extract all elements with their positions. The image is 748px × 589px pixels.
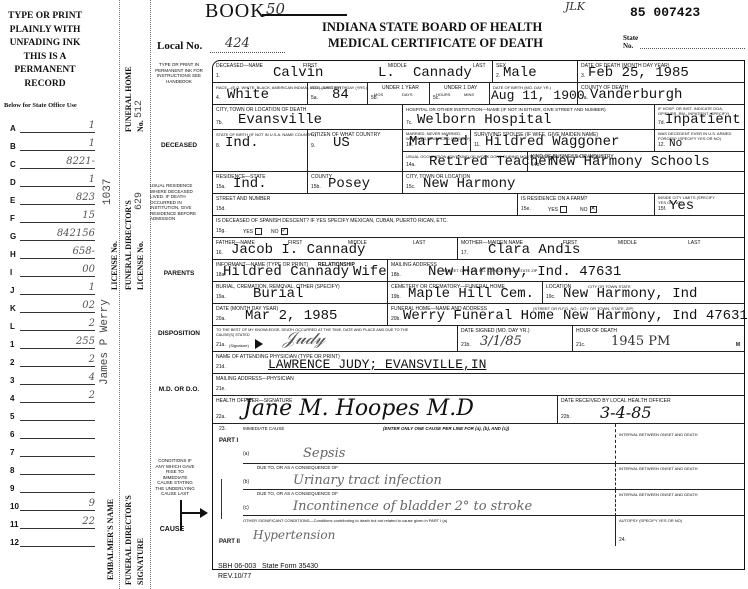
- burial-location-field[interactable]: LOCATION CITY OR TOWN STATE 19c. New Har…: [543, 282, 744, 304]
- state-row-field[interactable]: [20, 510, 95, 511]
- state-row-field[interactable]: [20, 294, 95, 295]
- md-do-label: M.D. OR D.O.: [150, 385, 208, 395]
- state-office-use-label: Below for State Office Use: [4, 102, 77, 109]
- state-row-value: 15: [20, 210, 95, 221]
- state-row-value: 02: [20, 300, 95, 311]
- license-no-value: 1037: [102, 179, 114, 205]
- cemetery-field[interactable]: CEMETERY OR CREMATORY—FUNERAL HOME 19b. …: [388, 282, 543, 304]
- state-row-label: 12: [10, 538, 19, 547]
- state-row-label: G: [10, 232, 16, 241]
- race-field[interactable]: RACE—(e.g. White, Black, American Indian…: [213, 83, 308, 105]
- certifier-signature-field[interactable]: To the best of my knowledge, death occur…: [213, 326, 458, 352]
- mother-name-field[interactable]: MOTHER—MAIDEN NAME FIRST MIDDLE LAST 17.…: [458, 238, 744, 260]
- state-row-label: 9: [10, 484, 14, 493]
- state-row-label: C: [10, 160, 16, 169]
- hour-of-death-field[interactable]: HOUR OF DEATH 21c. 1945 PM M: [573, 326, 744, 352]
- street-field[interactable]: STREET AND NUMBER 15d.: [213, 194, 518, 216]
- state-row-value: 1: [20, 282, 95, 293]
- arrow-stem: [180, 500, 182, 530]
- notice-line: TYPE OR PRINT: [0, 10, 90, 24]
- residence-state-field[interactable]: RESIDENCE—STATE 15a. Ind.: [213, 172, 308, 194]
- state-row-value: 842156: [20, 228, 95, 239]
- embalmer-name-value: James P Werry: [99, 299, 111, 385]
- state-row-label: I: [10, 268, 12, 277]
- state-row-field[interactable]: [20, 546, 95, 547]
- city-limits-field[interactable]: INSIDE CITY LIMITS (Specify Yes or No) 1…: [655, 194, 744, 216]
- age-field[interactable]: AGE—Last Birthday (Yrs.) 5a. 84: [308, 83, 368, 105]
- date-signed-field[interactable]: DATE SIGNED (Mo. Day Yr.) 21b. 3/1/85: [458, 326, 573, 352]
- checkbox-icon: [560, 206, 567, 213]
- state-row-label: F: [10, 214, 15, 223]
- physician-address-field[interactable]: MAILING ADDRESS—PHYSICIAN 21e.: [213, 374, 744, 396]
- date-received-field[interactable]: DATE RECEIVED BY LOCAL HEALTH OFFICER 22…: [558, 396, 744, 424]
- divider: [150, 0, 151, 589]
- hospital-field[interactable]: HOSPITAL OR OTHER INSTITUTION—Name (if n…: [403, 105, 655, 130]
- state-of-birth-field[interactable]: STATE OF BIRTH (If not in U.S.A. name co…: [213, 130, 308, 172]
- state-row-field[interactable]: [20, 456, 95, 457]
- state-row-field[interactable]: [20, 438, 95, 439]
- local-no-label: Local No.: [157, 40, 202, 52]
- cause-section-label: CAUSE: [147, 526, 197, 533]
- state-row-label: E: [10, 196, 15, 205]
- disposition-section-label: DISPOSITION: [150, 330, 208, 337]
- form-id: SBH 06-003: [218, 563, 256, 570]
- sign-here-arrow-icon: [255, 339, 263, 349]
- date-of-birth-field[interactable]: DATE OF BIRTH (Mo. Day Yr.) Aug 11, 1900: [490, 83, 578, 105]
- cause-line-a[interactable]: (a) Sepsis: [243, 424, 616, 464]
- state-row-field[interactable]: [20, 222, 95, 223]
- funeral-home-value: 512: [134, 100, 145, 118]
- state-row-field[interactable]: [20, 348, 95, 349]
- part1-bracket: [221, 479, 222, 519]
- notice-line: PLAINLY WITH: [0, 24, 90, 38]
- state-row-field[interactable]: [20, 204, 95, 205]
- disposition-method-field[interactable]: BURIAL, CREMATION, REMOVAL, OTHER (Speci…: [213, 282, 388, 304]
- state-row-field[interactable]: [20, 474, 95, 475]
- state-row-field[interactable]: [20, 402, 95, 403]
- state-row-label: K: [10, 304, 16, 313]
- state-row-label: 3: [10, 376, 14, 385]
- sex-field[interactable]: SEX 2. Male: [493, 61, 578, 83]
- state-form-number: State Form 35430: [262, 563, 318, 570]
- date-of-death-field[interactable]: DATE OF DEATH (MONTH DAY YEAR) 3. Feb 25…: [578, 61, 744, 83]
- state-row-label: 4: [10, 394, 14, 403]
- father-name-field[interactable]: FATHER—NAME FIRST MIDDLE LAST 16. Jacob …: [213, 238, 458, 260]
- funeral-home-label: FUNERAL HOME: [124, 66, 133, 132]
- last-name-value: Cannady: [413, 65, 472, 81]
- funeral-home-no-label: No.: [136, 120, 145, 132]
- farm-yes-option[interactable]: YES: [548, 206, 567, 213]
- state-row-field[interactable]: [20, 258, 95, 259]
- notice-line: PERMANENT: [0, 64, 90, 78]
- state-row-field[interactable]: [20, 150, 95, 151]
- arrow-icon: [200, 508, 208, 518]
- hospital-status-field[interactable]: IF HOSP. OR INST. Indicate DOA, OP/Emer.…: [655, 105, 744, 130]
- state-row-value: 658-: [20, 246, 95, 257]
- state-row-value: 1: [20, 120, 95, 131]
- checked-checkbox-icon: ✓: [281, 228, 288, 235]
- informant-field[interactable]: INFORMANT—NAME (Type or print) RELATIONS…: [213, 260, 388, 282]
- disposition-date-field[interactable]: DATE (MONTH DAY YEAR) 20a. Mar 2, 1985: [213, 304, 388, 326]
- state-row-field[interactable]: [20, 420, 95, 421]
- residence-city-field[interactable]: CITY, TOWN OR LOCATION 15c. New Harmony: [403, 172, 744, 194]
- autopsy-field[interactable]: AUTOPSY (Specify Yes or No) 24.: [616, 516, 744, 546]
- interval-a[interactable]: Interval between onset and death: [616, 424, 744, 464]
- state-row-label: 2: [10, 358, 14, 367]
- surviving-spouse-field[interactable]: SURVIVING SPOUSE (If wife, give maiden n…: [471, 130, 655, 152]
- spanish-yes-option[interactable]: YES: [243, 228, 262, 235]
- first-name-value: Calvin: [273, 65, 323, 81]
- state-row-value: 823: [20, 192, 95, 203]
- funeral-home-address: New Harmony, Ind 47631: [563, 308, 748, 324]
- state-row-label: 5: [10, 412, 14, 421]
- title-line-2: MEDICAL CERTIFICATE OF DEATH: [328, 36, 543, 51]
- citizen-field[interactable]: CITIZEN OF WHAT COUNTRY 9. US: [308, 130, 403, 172]
- state-row-label: A: [10, 124, 16, 133]
- state-row-label: J: [10, 286, 14, 295]
- embalmer-name-label: EMBALMER'S NAME: [106, 499, 115, 580]
- state-row-value: 2: [20, 318, 95, 329]
- armed-forces-field[interactable]: WAS DECEDENT EVER IN U.S. ARMED FORCES? …: [655, 130, 744, 152]
- state-row-field[interactable]: [20, 528, 95, 529]
- middle-name-value: L.: [378, 65, 395, 81]
- farm-field[interactable]: IS RESIDENCE ON A FARM? 15e. YES NO✕: [518, 194, 655, 216]
- state-row-field[interactable]: [20, 384, 95, 385]
- fd-license-label-2: LICENSE No.: [136, 241, 145, 290]
- notice-line: THIS IS A: [0, 51, 90, 65]
- cause-line-b[interactable]: DUE TO, OR AS A CONSEQUENCE OF (b) Urina…: [243, 464, 616, 490]
- under-1-day-field[interactable]: UNDER 1 DAY HOURS MINS 5c.: [430, 83, 490, 105]
- state-row-field[interactable]: [20, 276, 95, 277]
- spanish-no-option[interactable]: NO✓: [271, 228, 288, 235]
- farm-no-option[interactable]: NO✕: [580, 206, 597, 213]
- occupation-field[interactable]: USUAL OCCUPATION (Give kind of work done…: [403, 152, 528, 172]
- state-row-value: 4: [20, 372, 95, 383]
- state-no-field[interactable]: [640, 48, 745, 49]
- state-row-value: 9: [20, 498, 95, 509]
- county-of-death-field[interactable]: COUNTY OF DEATH 7a. Vanderburgh: [578, 83, 744, 105]
- state-row-label: 8: [10, 466, 14, 475]
- cause-line-c[interactable]: DUE TO, OR AS A CONSEQUENCE OF (c) Incon…: [243, 490, 616, 516]
- state-row-value: 22: [20, 516, 95, 527]
- state-row-label: 1: [10, 340, 14, 349]
- other-conditions-field[interactable]: OTHER SIGNIFICANT CONDITIONS—Conditions …: [243, 516, 616, 546]
- state-row-label: H: [10, 250, 16, 259]
- arrow-line: [180, 512, 202, 514]
- state-row-value: 1: [20, 138, 95, 149]
- health-officer-signature-field[interactable]: HEALTH OFFICER—SIGNATURE 22a. Jane M. Ho…: [213, 396, 558, 424]
- interval-c[interactable]: Interval between onset and death: [616, 490, 744, 516]
- funeral-home-field[interactable]: FUNERAL HOME—NAME AND ADDRESS (STREET OR…: [388, 304, 744, 326]
- fd-license-label: FUNERAL DIRECTOR'S: [124, 200, 133, 290]
- marital-status-field[interactable]: MARRIED, NEVER MARRIED, WIDOWED, DIVORCE…: [403, 130, 471, 152]
- checkbox-icon: [255, 228, 262, 235]
- title-line-1: INDIANA STATE BOARD OF HEALTH: [322, 20, 542, 35]
- checked-checkbox-icon: ✕: [590, 206, 597, 213]
- relationship-value: Wife: [353, 264, 387, 280]
- book-value: 50: [262, 0, 347, 16]
- instructions-note: TYPE OR PRINT IN PERMANENT INK FOR INSTR…: [150, 62, 208, 84]
- state-row-value: 255: [20, 336, 95, 347]
- license-no-label: LICENSE No.: [110, 241, 119, 290]
- notice-line: RECORD: [0, 78, 90, 92]
- book-label: BOOK: [205, 0, 266, 23]
- state-row-label: 10: [10, 502, 19, 511]
- business-field[interactable]: KIND OF BUSINESS OR INDUSTRY 14b. New Ha…: [528, 152, 744, 172]
- state-row-field[interactable]: [20, 330, 95, 331]
- divider: [119, 0, 120, 589]
- attending-physician-field[interactable]: NAME OF ATTENDING PHYSICIAN (Type or Pri…: [213, 352, 744, 374]
- parents-section-label: PARENTS: [150, 270, 208, 277]
- initials: JLK: [565, 0, 585, 13]
- certificate-number: 85 007423: [630, 5, 700, 20]
- local-no-value: 424: [210, 36, 285, 53]
- state-row-label: L: [10, 322, 15, 331]
- certifier-signature: 𝒥𝓊𝒹𝓎: [283, 328, 325, 349]
- mailing-address-field[interactable]: MAILING ADDRESS STREET OR R.F.D. NO. CIT…: [388, 260, 744, 282]
- state-row-value: 2: [20, 354, 95, 365]
- state-row-value: 2: [20, 390, 95, 401]
- state-row-field[interactable]: [20, 312, 95, 313]
- state-row-field[interactable]: [20, 240, 95, 241]
- state-row-field[interactable]: [20, 132, 95, 133]
- state-row-label: 11: [10, 520, 18, 529]
- state-no-label: State No.: [623, 34, 637, 50]
- state-row-label: 6: [10, 430, 14, 439]
- state-row-label: 7: [10, 448, 14, 457]
- fd-signature-label: FUNERAL DIRECTOR'S: [124, 495, 133, 585]
- under-1-year-field[interactable]: UNDER 1 YEAR MOS DAYS 5b.: [368, 83, 430, 105]
- deceased-section-label: DECEASED: [150, 142, 208, 149]
- name-field[interactable]: DECEASED—NAME FIRST MIDDLE LAST 1. Calvi…: [213, 61, 493, 83]
- residence-county-field[interactable]: COUNTY 15b. Posey: [308, 172, 403, 194]
- permanent-record-notice: TYPE OR PRINT PLAINLY WITH UNFADING INK …: [0, 10, 90, 91]
- certificate-form: DECEASED—NAME FIRST MIDDLE LAST 1. Calvi…: [212, 60, 745, 570]
- cause-of-death-section: 23. IMMEDIATE CAUSE (ENTER ONLY ONE CAUS…: [213, 424, 744, 569]
- spanish-descent-field[interactable]: IS DECEASED OF SPANISH DESCENT? IF YES S…: [213, 216, 744, 238]
- revision: REV.10/77: [218, 573, 251, 580]
- fd-signature-label-2: SIGNATURE: [136, 538, 145, 585]
- notice-line: UNFADING INK: [0, 37, 90, 51]
- fd-license-value: 629: [134, 192, 145, 210]
- state-row-field[interactable]: [20, 492, 95, 493]
- usual-residence-note: USUAL RESIDENCE WHERE DECEASED LIVED. IF…: [150, 183, 208, 222]
- state-row-value: 1: [20, 174, 95, 185]
- state-row-value: 8221-: [20, 156, 95, 167]
- city-of-death-field[interactable]: CITY, TOWN OR LOCATION OF DEATH 7b. Evan…: [213, 105, 403, 130]
- interval-b[interactable]: Interval between onset and death: [616, 464, 744, 490]
- state-row-value: 00: [20, 264, 95, 275]
- state-row-field[interactable]: [20, 366, 95, 367]
- state-row-field[interactable]: [20, 168, 95, 169]
- conditions-note: CONDITIONS IF ANY WHICH GAVE RISE TO IMM…: [155, 458, 195, 497]
- state-row-label: D: [10, 178, 16, 187]
- state-row-field[interactable]: [20, 186, 95, 187]
- state-row-label: B: [10, 142, 16, 151]
